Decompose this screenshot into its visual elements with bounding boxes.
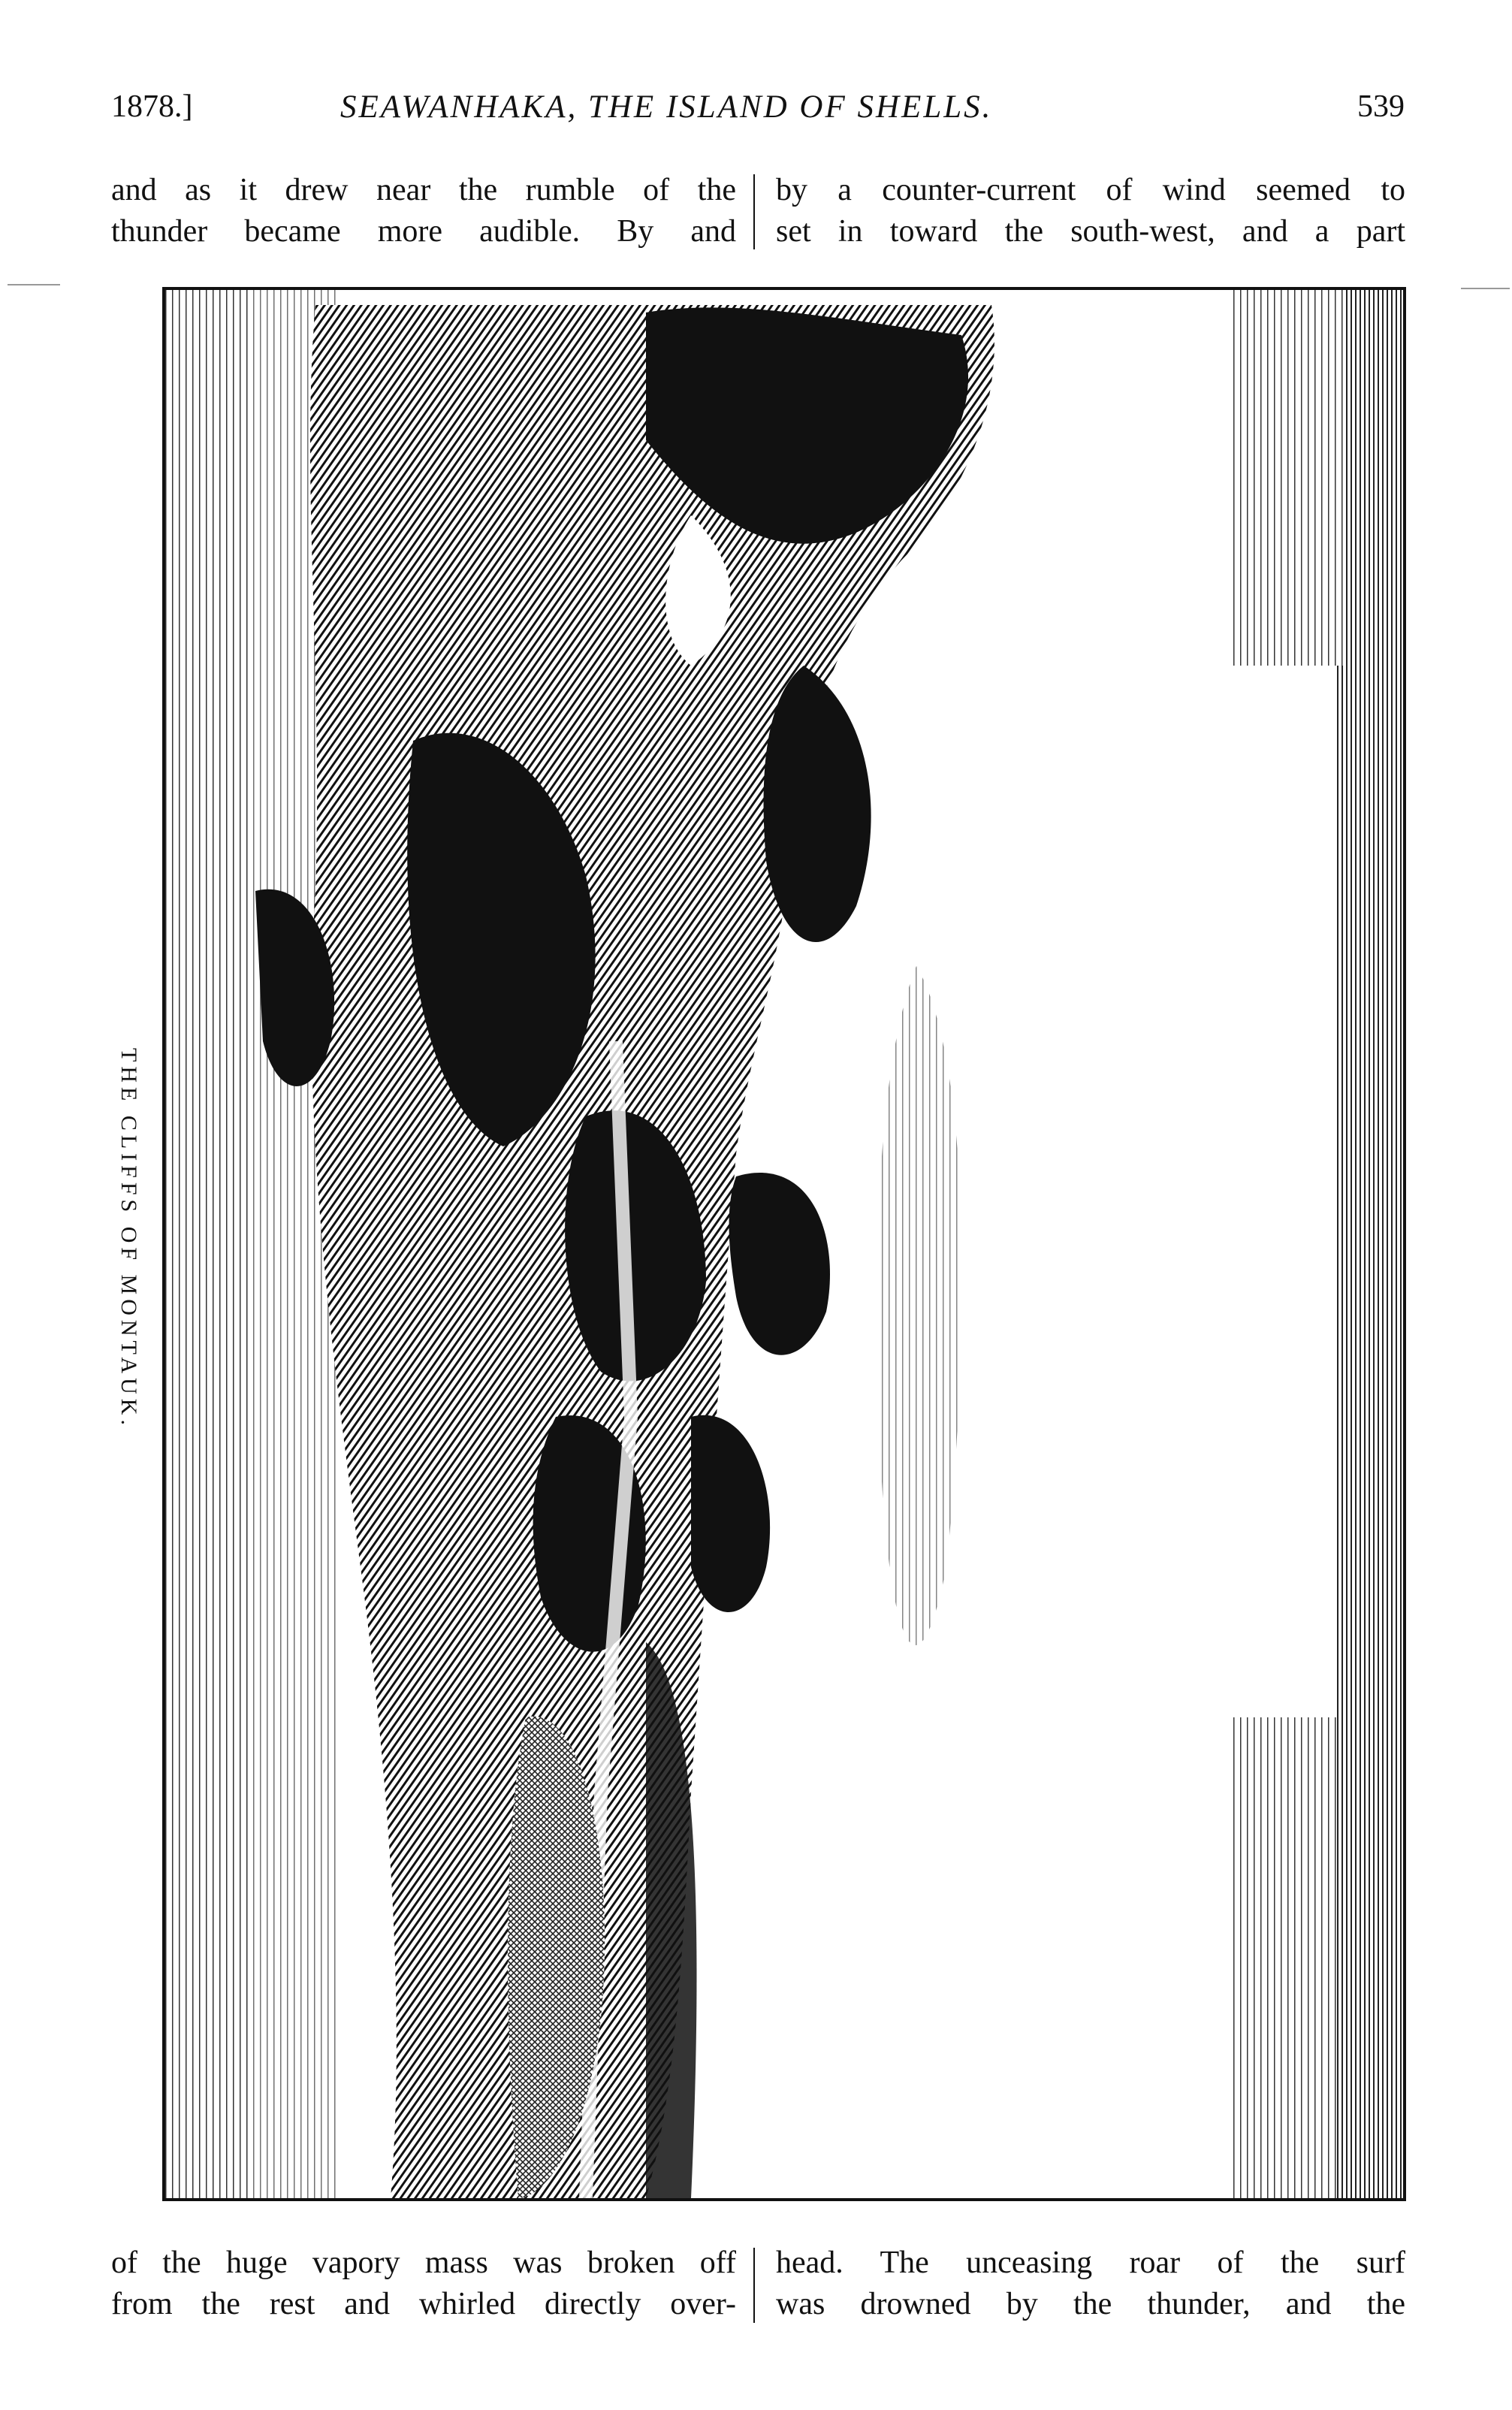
running-head-year: 1878.]	[111, 89, 193, 125]
page-number: 539	[1357, 89, 1405, 125]
text-top-left-column: and as it drew near the rumble of the th…	[111, 170, 736, 252]
running-head-title: SEAWANHAKA, THE ISLAND OF SHELLS.	[340, 89, 992, 125]
margin-mark	[1461, 288, 1510, 289]
text-bottom-right-column: head. The unceasing roar of the surf was…	[776, 2242, 1405, 2325]
text-line: set in toward the south-west, and a part	[776, 211, 1405, 252]
column-separator	[753, 174, 755, 249]
text-line: and as it drew near the rumble of the	[111, 170, 736, 211]
text-line: of the huge vapory mass was broken off	[111, 2242, 736, 2284]
illustration-cliffs	[162, 287, 1406, 2201]
running-head: 1878.] SEAWANHAKA, THE ISLAND OF SHELLS.…	[111, 89, 1405, 134]
margin-mark	[8, 284, 60, 285]
column-separator	[753, 2248, 755, 2323]
text-line: head. The unceasing roar of the surf	[776, 2242, 1405, 2284]
text-bottom-left-column: of the huge vapory mass was broken off f…	[111, 2242, 736, 2325]
illustration-caption: THE CLIFFS OF MONTAUK.	[111, 1048, 141, 1439]
text-line: from the rest and whirled directly over-	[111, 2284, 736, 2325]
text-line: by a counter-current of wind seemed to	[776, 170, 1405, 211]
text-line: was drowned by the thunder, and the	[776, 2284, 1405, 2325]
text-line: thunder became more audible. By and	[111, 211, 736, 252]
engraving-image	[165, 290, 1403, 2198]
text-top-right-column: by a counter-current of wind seemed to s…	[776, 170, 1405, 252]
